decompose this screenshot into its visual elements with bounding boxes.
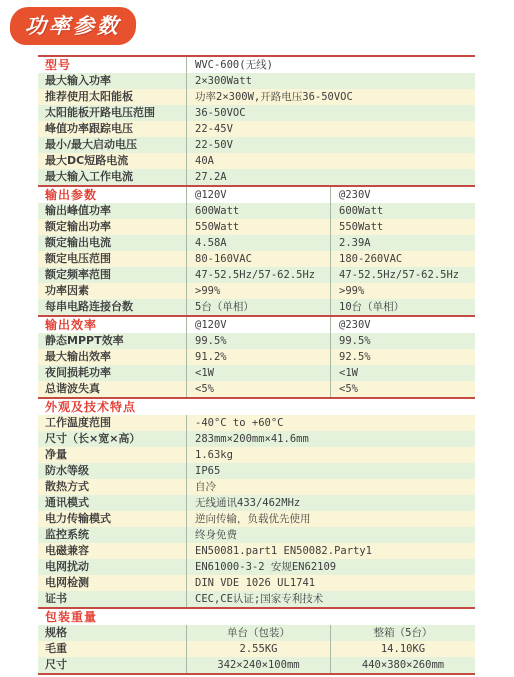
row-label: 电磁兼容 [38,543,186,559]
cell-value: 5台（单相） [186,299,330,315]
cell-value: <5% [330,381,475,397]
table-row: 规格单台（包装）整箱（5台） [38,625,475,641]
table-row: 最大DC短路电流40A [38,153,475,169]
spec-table: 型号WVC-600(无线)最大输入功率2×300Watt推荐使用太阳能板功率2×… [38,55,475,675]
table-row: 静态MPPT效率99.5%99.5% [38,333,475,349]
row-label: 最大输出效率 [38,349,186,365]
row-label: 功率因素 [38,283,186,299]
table-row: 净量1.63kg [38,447,475,463]
table-row: 总谐波失真<5%<5% [38,381,475,397]
table-row: 通讯模式无线通讯433/462MHz [38,495,475,511]
cell-value: 91.2% [186,349,330,365]
table-row: 电力传输模式逆向传输，负载优先使用 [38,511,475,527]
table-row: 夜间损耗功率<1W<1W [38,365,475,381]
table-row: 电网扰动EN61000-3-2 安规EN62109 [38,559,475,575]
section-header-row: 包装重量 [38,609,475,625]
row-label: 额定频率范围 [38,267,186,283]
table-row: 电磁兼容EN50081.part1 EN50082.Party1 [38,543,475,559]
cell-value: 600Watt [186,203,330,219]
cell-value: 14.10KG [330,641,475,657]
row-label: 通讯模式 [38,495,186,511]
section: 输出效率@120V@230V静态MPPT效率99.5%99.5%最大输出效率91… [38,315,475,397]
section-header-row: 外观及技术特点 [38,399,475,415]
table-row: 每串电路连接台数5台（单相）10台（单相） [38,299,475,315]
section-header-row: 输出效率@120V@230V [38,317,475,333]
row-label: 静态MPPT效率 [38,333,186,349]
section-header-row: 型号WVC-600(无线) [38,57,475,73]
table-row: 额定输出电流4.58A2.39A [38,235,475,251]
row-label: 最大DC短路电流 [38,153,186,169]
cell-value: 22-50V [186,137,475,153]
table-row: 最大输入功率2×300Watt [38,73,475,89]
cell-value: -40°C to +60°C [186,415,475,431]
section-header-value: WVC-600(无线) [186,57,475,73]
cell-value: 550Watt [186,219,330,235]
spec-sheet-page: 功率参数 型号WVC-600(无线)最大输入功率2×300Watt推荐使用太阳能… [0,0,514,677]
table-row: 工作温度范围-40°C to +60°C [38,415,475,431]
power-params-badge: 功率参数 [9,7,137,45]
row-label: 电网检测 [38,575,186,591]
table-row: 尺寸342×240×100mm440×380×260mm [38,657,475,673]
table-row: 额定输出功率550Watt550Watt [38,219,475,235]
section-header-value: @230V [330,187,475,203]
table-row: 推荐使用太阳能板功率2×300W,开路电压36-50VOC [38,89,475,105]
cell-value: 440×380×260mm [330,657,475,673]
section: 型号WVC-600(无线)最大输入功率2×300Watt推荐使用太阳能板功率2×… [38,55,475,185]
row-label: 夜间损耗功率 [38,365,186,381]
section: 输出参数@120V@230V输出峰值功率600Watt600Watt额定输出功率… [38,185,475,315]
row-label: 尺寸（长×宽×高） [38,431,186,447]
row-label: 推荐使用太阳能板 [38,89,186,105]
cell-value: IP65 [186,463,475,479]
row-label: 额定电压范围 [38,251,186,267]
cell-value: 整箱（5台） [330,625,475,641]
section-title: 包装重量 [38,609,475,625]
row-label: 太阳能板开路电压范围 [38,105,186,121]
cell-value: <1W [186,365,330,381]
cell-value: 47-52.5Hz/57-62.5Hz [330,267,475,283]
cell-value: <5% [186,381,330,397]
cell-value: 2.55KG [186,641,330,657]
cell-value: 无线通讯433/462MHz [186,495,475,511]
section: 包装重量规格单台（包装）整箱（5台）毛重2.55KG14.10KG尺寸342×2… [38,607,475,675]
cell-value: <1W [330,365,475,381]
cell-value: 22-45V [186,121,475,137]
cell-value: 342×240×100mm [186,657,330,673]
row-label: 工作温度范围 [38,415,186,431]
row-label: 证书 [38,591,186,607]
cell-value: 单台（包装） [186,625,330,641]
cell-value: CEC,CE认证;国家专利技术 [186,591,475,607]
cell-value: 80-160VAC [186,251,330,267]
cell-value: 40A [186,153,475,169]
cell-value: EN50081.part1 EN50082.Party1 [186,543,475,559]
section-title: 输出效率 [38,317,186,333]
table-row: 额定频率范围47-52.5Hz/57-62.5Hz47-52.5Hz/57-62… [38,267,475,283]
section-title: 型号 [38,57,186,73]
table-row: 太阳能板开路电压范围36-50VOC [38,105,475,121]
cell-value: 99.5% [186,333,330,349]
table-row: 最大输出效率91.2%92.5% [38,349,475,365]
cell-value: 功率2×300W,开路电压36-50VOC [186,89,475,105]
cell-value: 99.5% [330,333,475,349]
cell-value: >99% [330,283,475,299]
cell-value: DIN VDE 1026 UL1741 [186,575,475,591]
section-header-value: @120V [186,187,330,203]
section-header-row: 输出参数@120V@230V [38,187,475,203]
row-label: 电力传输模式 [38,511,186,527]
section-title: 输出参数 [38,187,186,203]
row-label: 防水等级 [38,463,186,479]
table-row: 防水等级IP65 [38,463,475,479]
row-label: 额定输出功率 [38,219,186,235]
row-label: 最大输入工作电流 [38,169,186,185]
table-row: 尺寸（长×宽×高）283mm×200mm×41.6mm [38,431,475,447]
row-label: 总谐波失真 [38,381,186,397]
table-row: 监控系统终身免费 [38,527,475,543]
cell-value: 4.58A [186,235,330,251]
table-row: 功率因素>99%>99% [38,283,475,299]
row-label: 每串电路连接台数 [38,299,186,315]
cell-value: 逆向传输，负载优先使用 [186,511,475,527]
row-label: 输出峰值功率 [38,203,186,219]
cell-value: 2×300Watt [186,73,475,89]
row-label: 散热方式 [38,479,186,495]
row-label: 电网扰动 [38,559,186,575]
table-row: 输出峰值功率600Watt600Watt [38,203,475,219]
section-header-value: @120V [186,317,330,333]
table-row: 散热方式自冷 [38,479,475,495]
row-label: 尺寸 [38,657,186,673]
cell-value: 92.5% [330,349,475,365]
table-row: 毛重2.55KG14.10KG [38,641,475,657]
table-row: 额定电压范围80-160VAC180-260VAC [38,251,475,267]
cell-value: 600Watt [330,203,475,219]
row-label: 额定输出电流 [38,235,186,251]
cell-value: EN61000-3-2 安规EN62109 [186,559,475,575]
cell-value: 27.2A [186,169,475,185]
cell-value: 180-260VAC [330,251,475,267]
row-label: 峰值功率跟踪电压 [38,121,186,137]
cell-value: 550Watt [330,219,475,235]
cell-value: 10台（单相） [330,299,475,315]
row-label: 最大输入功率 [38,73,186,89]
cell-value: 自冷 [186,479,475,495]
row-label: 监控系统 [38,527,186,543]
section: 外观及技术特点工作温度范围-40°C to +60°C尺寸（长×宽×高）283m… [38,397,475,607]
section-title: 外观及技术特点 [38,399,475,415]
table-row: 证书CEC,CE认证;国家专利技术 [38,591,475,607]
cell-value: 47-52.5Hz/57-62.5Hz [186,267,330,283]
table-row: 最小/最大启动电压22-50V [38,137,475,153]
table-row: 峰值功率跟踪电压22-45V [38,121,475,137]
cell-value: 1.63kg [186,447,475,463]
row-label: 毛重 [38,641,186,657]
cell-value: 2.39A [330,235,475,251]
cell-value: 283mm×200mm×41.6mm [186,431,475,447]
section-header-value: @230V [330,317,475,333]
row-label: 净量 [38,447,186,463]
row-label: 规格 [38,625,186,641]
cell-value: >99% [186,283,330,299]
cell-value: 终身免费 [186,527,475,543]
table-row: 最大输入工作电流27.2A [38,169,475,185]
table-row: 电网检测DIN VDE 1026 UL1741 [38,575,475,591]
cell-value: 36-50VOC [186,105,475,121]
row-label: 最小/最大启动电压 [38,137,186,153]
